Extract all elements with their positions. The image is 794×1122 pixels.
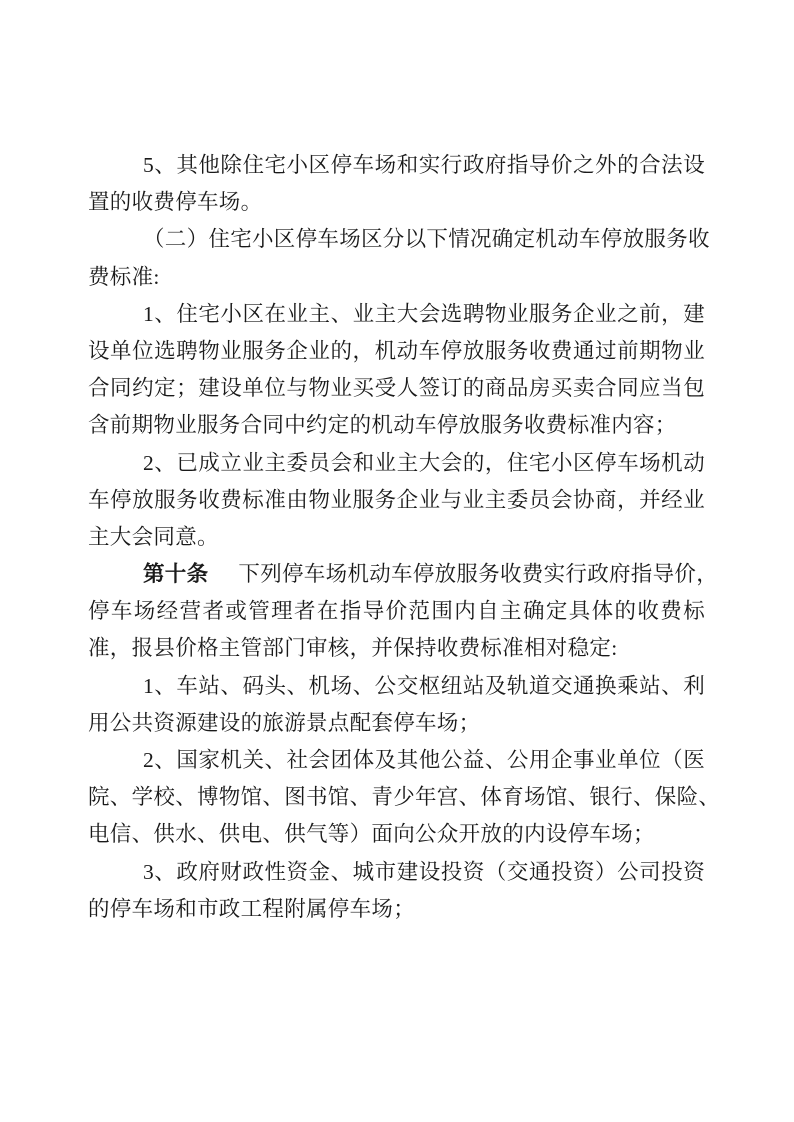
line-text: 电信、供水、供电、供气等）面向公众开放的内设停车场； (88, 822, 655, 846)
text-line: 1、住宅小区在业主、业主大会选聘物业服务企业之前，建 (88, 296, 705, 333)
line-text: 1、住宅小区在业主、业主大会选聘物业服务企业之前，建 (143, 302, 705, 326)
line-text: 1、车站、码头、机场、公交枢纽站及轨道交通换乘站、利 (143, 674, 705, 698)
article-number-bold: 第十条 (143, 562, 208, 586)
text-line: 2、已成立业主委员会和业主大会的，住宅小区停车场机动 (88, 445, 705, 482)
line-text: 2、国家机关、社会团体及其他公益、公用企事业单位（医 (143, 748, 705, 772)
text-line: 的停车场和市政工程附属停车场； (88, 891, 705, 928)
document-page: 5、其他除住宅小区停车场和实行政府指导价之外的合法设置的收费停车场。（二）住宅小… (0, 0, 794, 1122)
text-line: 第十条下列停车场机动车停放服务收费实行政府指导价， (88, 556, 705, 593)
text-line: 设单位选聘物业服务企业的，机动车停放服务收费通过前期物业 (88, 333, 705, 370)
line-text: 3、政府财政性资金、城市建设投资（交通投资）公司投资 (143, 860, 705, 884)
line-text: （二）住宅小区停车场区分以下情况确定机动车停放服务收 (143, 227, 710, 251)
text-line: 院、学校、博物馆、图书馆、青少年宫、体育场馆、银行、保险、 (88, 779, 705, 816)
text-line: 停车场经营者或管理者在指导价范围内自主确定具体的收费标 (88, 593, 705, 630)
line-text: 5、其他除住宅小区停车场和实行政府指导价之外的合法设 (143, 153, 705, 177)
text-line: 3、政府财政性资金、城市建设投资（交通投资）公司投资 (88, 854, 705, 891)
text-line: 电信、供水、供电、供气等）面向公众开放的内设停车场； (88, 816, 705, 853)
text-line: 车停放服务收费标准由物业服务企业与业主委员会协商，并经业 (88, 482, 705, 519)
line-text: 费标准: (88, 265, 160, 289)
line-text: 设单位选聘物业服务企业的，机动车停放服务收费通过前期物业 (88, 339, 705, 363)
line-text: 主大会同意。 (88, 525, 219, 549)
text-line: （二）住宅小区停车场区分以下情况确定机动车停放服务收 (88, 221, 705, 258)
line-text: 2、已成立业主委员会和业主大会的，住宅小区停车场机动 (143, 451, 705, 475)
line-text: 院、学校、博物馆、图书馆、青少年宫、体育场馆、银行、保险、 (88, 785, 720, 809)
text-line: 置的收费停车场。 (88, 184, 705, 221)
line-text: 准，报县价格主管部门审核，并保持收费标准相对稳定: (88, 636, 617, 660)
line-text: 停车场经营者或管理者在指导价范围内自主确定具体的收费标 (88, 599, 705, 623)
text-line: 主大会同意。 (88, 519, 705, 556)
text-line: 费标准: (88, 259, 705, 296)
text-line: 含前期物业服务合同中约定的机动车停放服务收费标准内容； (88, 407, 705, 444)
text-line: 5、其他除住宅小区停车场和实行政府指导价之外的合法设 (88, 147, 705, 184)
text-line: 2、国家机关、社会团体及其他公益、公用企事业单位（医 (88, 742, 705, 779)
line-text: 含前期物业服务合同中约定的机动车停放服务收费标准内容； (88, 413, 677, 437)
text-line: 合同约定；建设单位与物业买受人签订的商品房买卖合同应当包 (88, 370, 705, 407)
line-text: 置的收费停车场。 (88, 190, 262, 214)
text-line: 1、车站、码头、机场、公交枢纽站及轨道交通换乘站、利 (88, 668, 705, 705)
line-text: 合同约定；建设单位与物业买受人签订的商品房买卖合同应当包 (88, 376, 705, 400)
line-text: 的停车场和市政工程附属停车场； (88, 897, 415, 921)
document-body: 5、其他除住宅小区停车场和实行政府指导价之外的合法设置的收费停车场。（二）住宅小… (88, 147, 705, 928)
text-line: 用公共资源建设的旅游景点配套停车场； (88, 705, 705, 742)
line-text: 车停放服务收费标准由物业服务企业与业主委员会协商，并经业 (88, 488, 705, 512)
line-text: 用公共资源建设的旅游景点配套停车场； (88, 711, 480, 735)
text-line: 准，报县价格主管部门审核，并保持收费标准相对稳定: (88, 630, 705, 667)
line-text: 下列停车场机动车停放服务收费实行政府指导价， (238, 562, 718, 586)
